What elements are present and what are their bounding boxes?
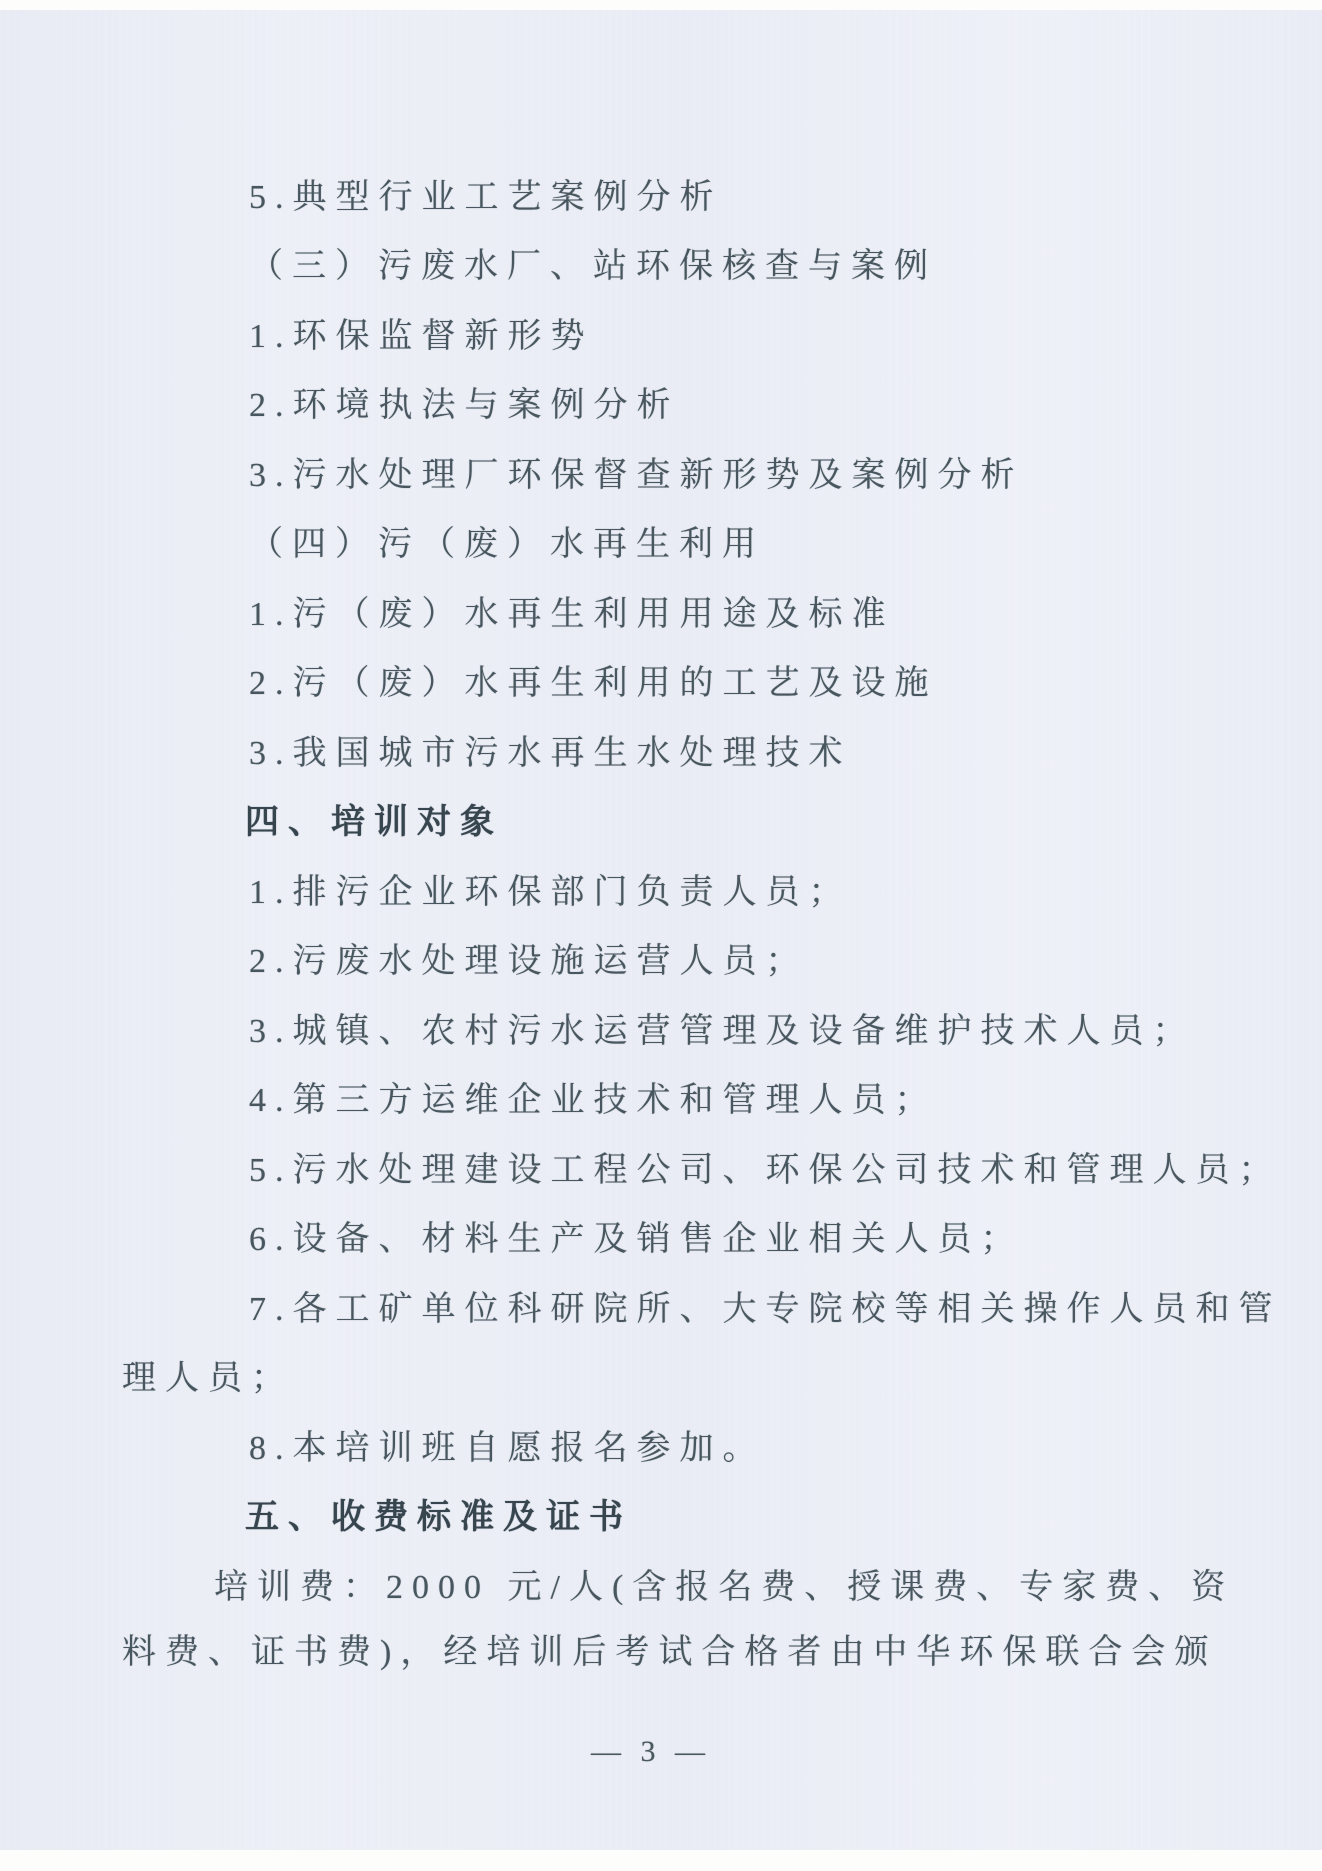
text-line: 6.设备、材料生产及销售企业相关人员； xyxy=(122,1218,1322,1262)
text-line: 培训费：2000 元/人(含报名费、授课费、专家费、资 xyxy=(122,1566,1322,1610)
text-line: 3.污水处理厂环保督查新形势及案例分析 xyxy=(122,454,1322,498)
text-line: 1.污（废）水再生利用用途及标准 xyxy=(122,593,1322,637)
text-line: （四）污（废）水再生利用 xyxy=(122,523,1322,567)
text-line: 理人员； xyxy=(122,1357,1302,1401)
text-line: （三）污废水厂、站环保核查与案例 xyxy=(122,245,1322,289)
scan-edge-bottom xyxy=(0,1850,1322,1871)
scanned-page: 5.典型行业工艺案例分析 （三）污废水厂、站环保核查与案例 1.环保监督新形势 … xyxy=(0,0,1322,1871)
section-heading: 五、收费标准及证书 xyxy=(122,1496,1322,1540)
scan-edge-top xyxy=(0,0,1322,10)
section-heading: 四、培训对象 xyxy=(122,801,1322,845)
text-line: 5.典型行业工艺案例分析 xyxy=(122,176,1322,220)
text-line: 3.我国城市污水再生水处理技术 xyxy=(122,732,1322,776)
text-line: 3.城镇、农村污水运营管理及设备维护技术人员； xyxy=(122,1010,1322,1054)
text-line: 4.第三方运维企业技术和管理人员； xyxy=(122,1079,1322,1123)
text-line: 2.环境执法与案例分析 xyxy=(122,384,1322,428)
text-line: 8.本培训班自愿报名参加。 xyxy=(122,1427,1322,1471)
text-line: 1.排污企业环保部门负责人员； xyxy=(122,871,1322,915)
text-line: 2.污废水处理设施运营人员； xyxy=(122,940,1322,984)
text-line: 料费、证书费)，经培训后考试合格者由中华环保联合会颁 xyxy=(122,1631,1302,1675)
text-line: 2.污（废）水再生利用的工艺及设施 xyxy=(122,662,1322,706)
text-line: 1.环保监督新形势 xyxy=(122,315,1322,359)
page-number: — 3 — xyxy=(0,1735,1322,1769)
text-line: 7.各工矿单位科研院所、大专院校等相关操作人员和管 xyxy=(122,1288,1322,1332)
text-line: 5.污水处理建设工程公司、环保公司技术和管理人员； xyxy=(122,1149,1322,1193)
